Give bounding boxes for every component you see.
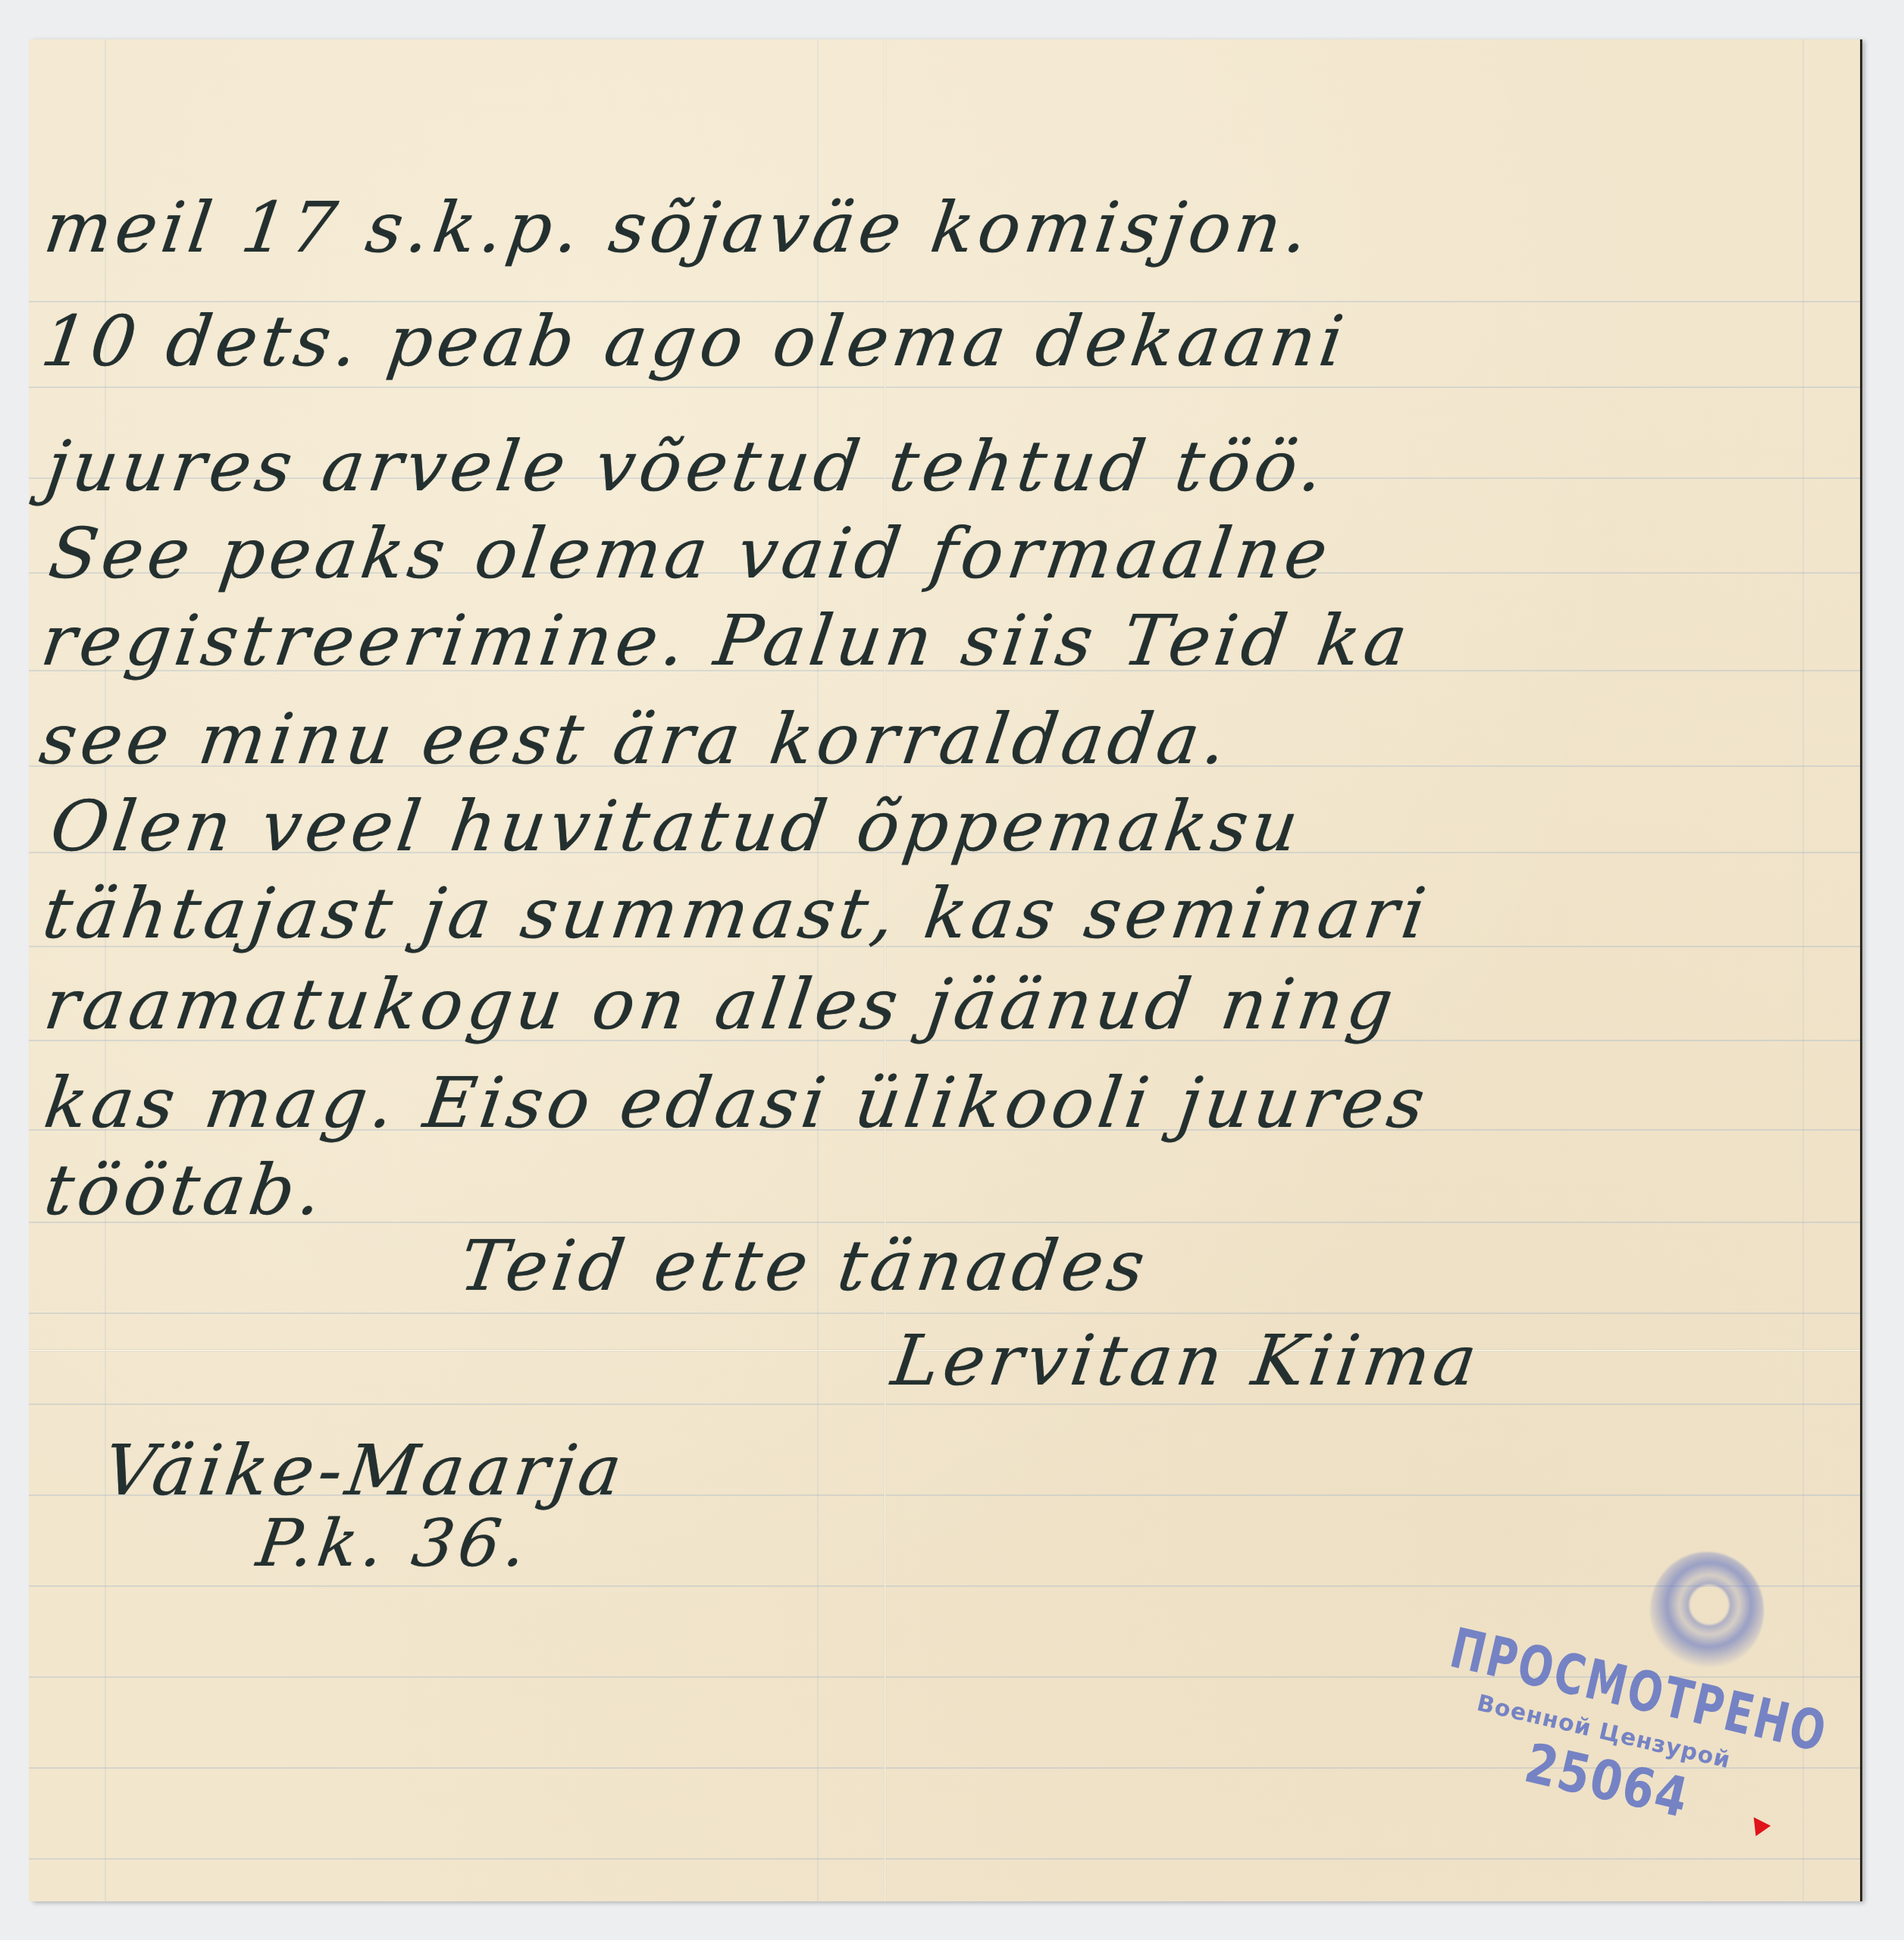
letter-line-3: juures arvele võetud tehtud töö. <box>41 426 1332 507</box>
letter-line-2: 10 dets. peab ago olema dekaani <box>36 301 1352 382</box>
letter-line-10: kas mag. Eiso edasi ülikooli juures <box>39 1062 1433 1144</box>
letter-line-4: See peaks olema vaid formaalne <box>44 513 1336 594</box>
letter-line-11: töötab. <box>39 1150 331 1231</box>
scanned-page: meil 17 s.k.p. sõjaväe komisjon. 10 dets… <box>0 0 1904 1940</box>
coat-of-arms-icon <box>1650 1552 1764 1669</box>
letter-line-5: registreerimine. Palun siis Teid ka <box>36 600 1416 681</box>
letter-line-8: tähtajast ja summast, kas seminari <box>38 873 1435 954</box>
ruled-line <box>29 1313 1860 1314</box>
closing-phrase: Teid ette tänades <box>455 1225 1154 1306</box>
sender-place: Väike-Maarja <box>99 1430 631 1511</box>
letter-line-1: meil 17 s.k.p. sõjaväe komisjon. <box>39 187 1317 268</box>
ruled-line <box>29 1403 1860 1405</box>
letter-line-9: raamatukogu on alles jäänud ning <box>39 964 1402 1045</box>
letter-line-6: see minu eest ära korraldada. <box>35 699 1235 780</box>
ruled-line <box>29 386 1860 388</box>
censorship-stamp: ПРОСМОТРЕНО Военной Цензурой 25064 <box>1444 1546 1838 1864</box>
signature: Lervitan Kiima <box>887 1320 1486 1401</box>
letter-line-7: Olen veel huvitatud õppemaksu <box>45 786 1307 867</box>
sender-box: P.k. 36. <box>252 1506 535 1582</box>
